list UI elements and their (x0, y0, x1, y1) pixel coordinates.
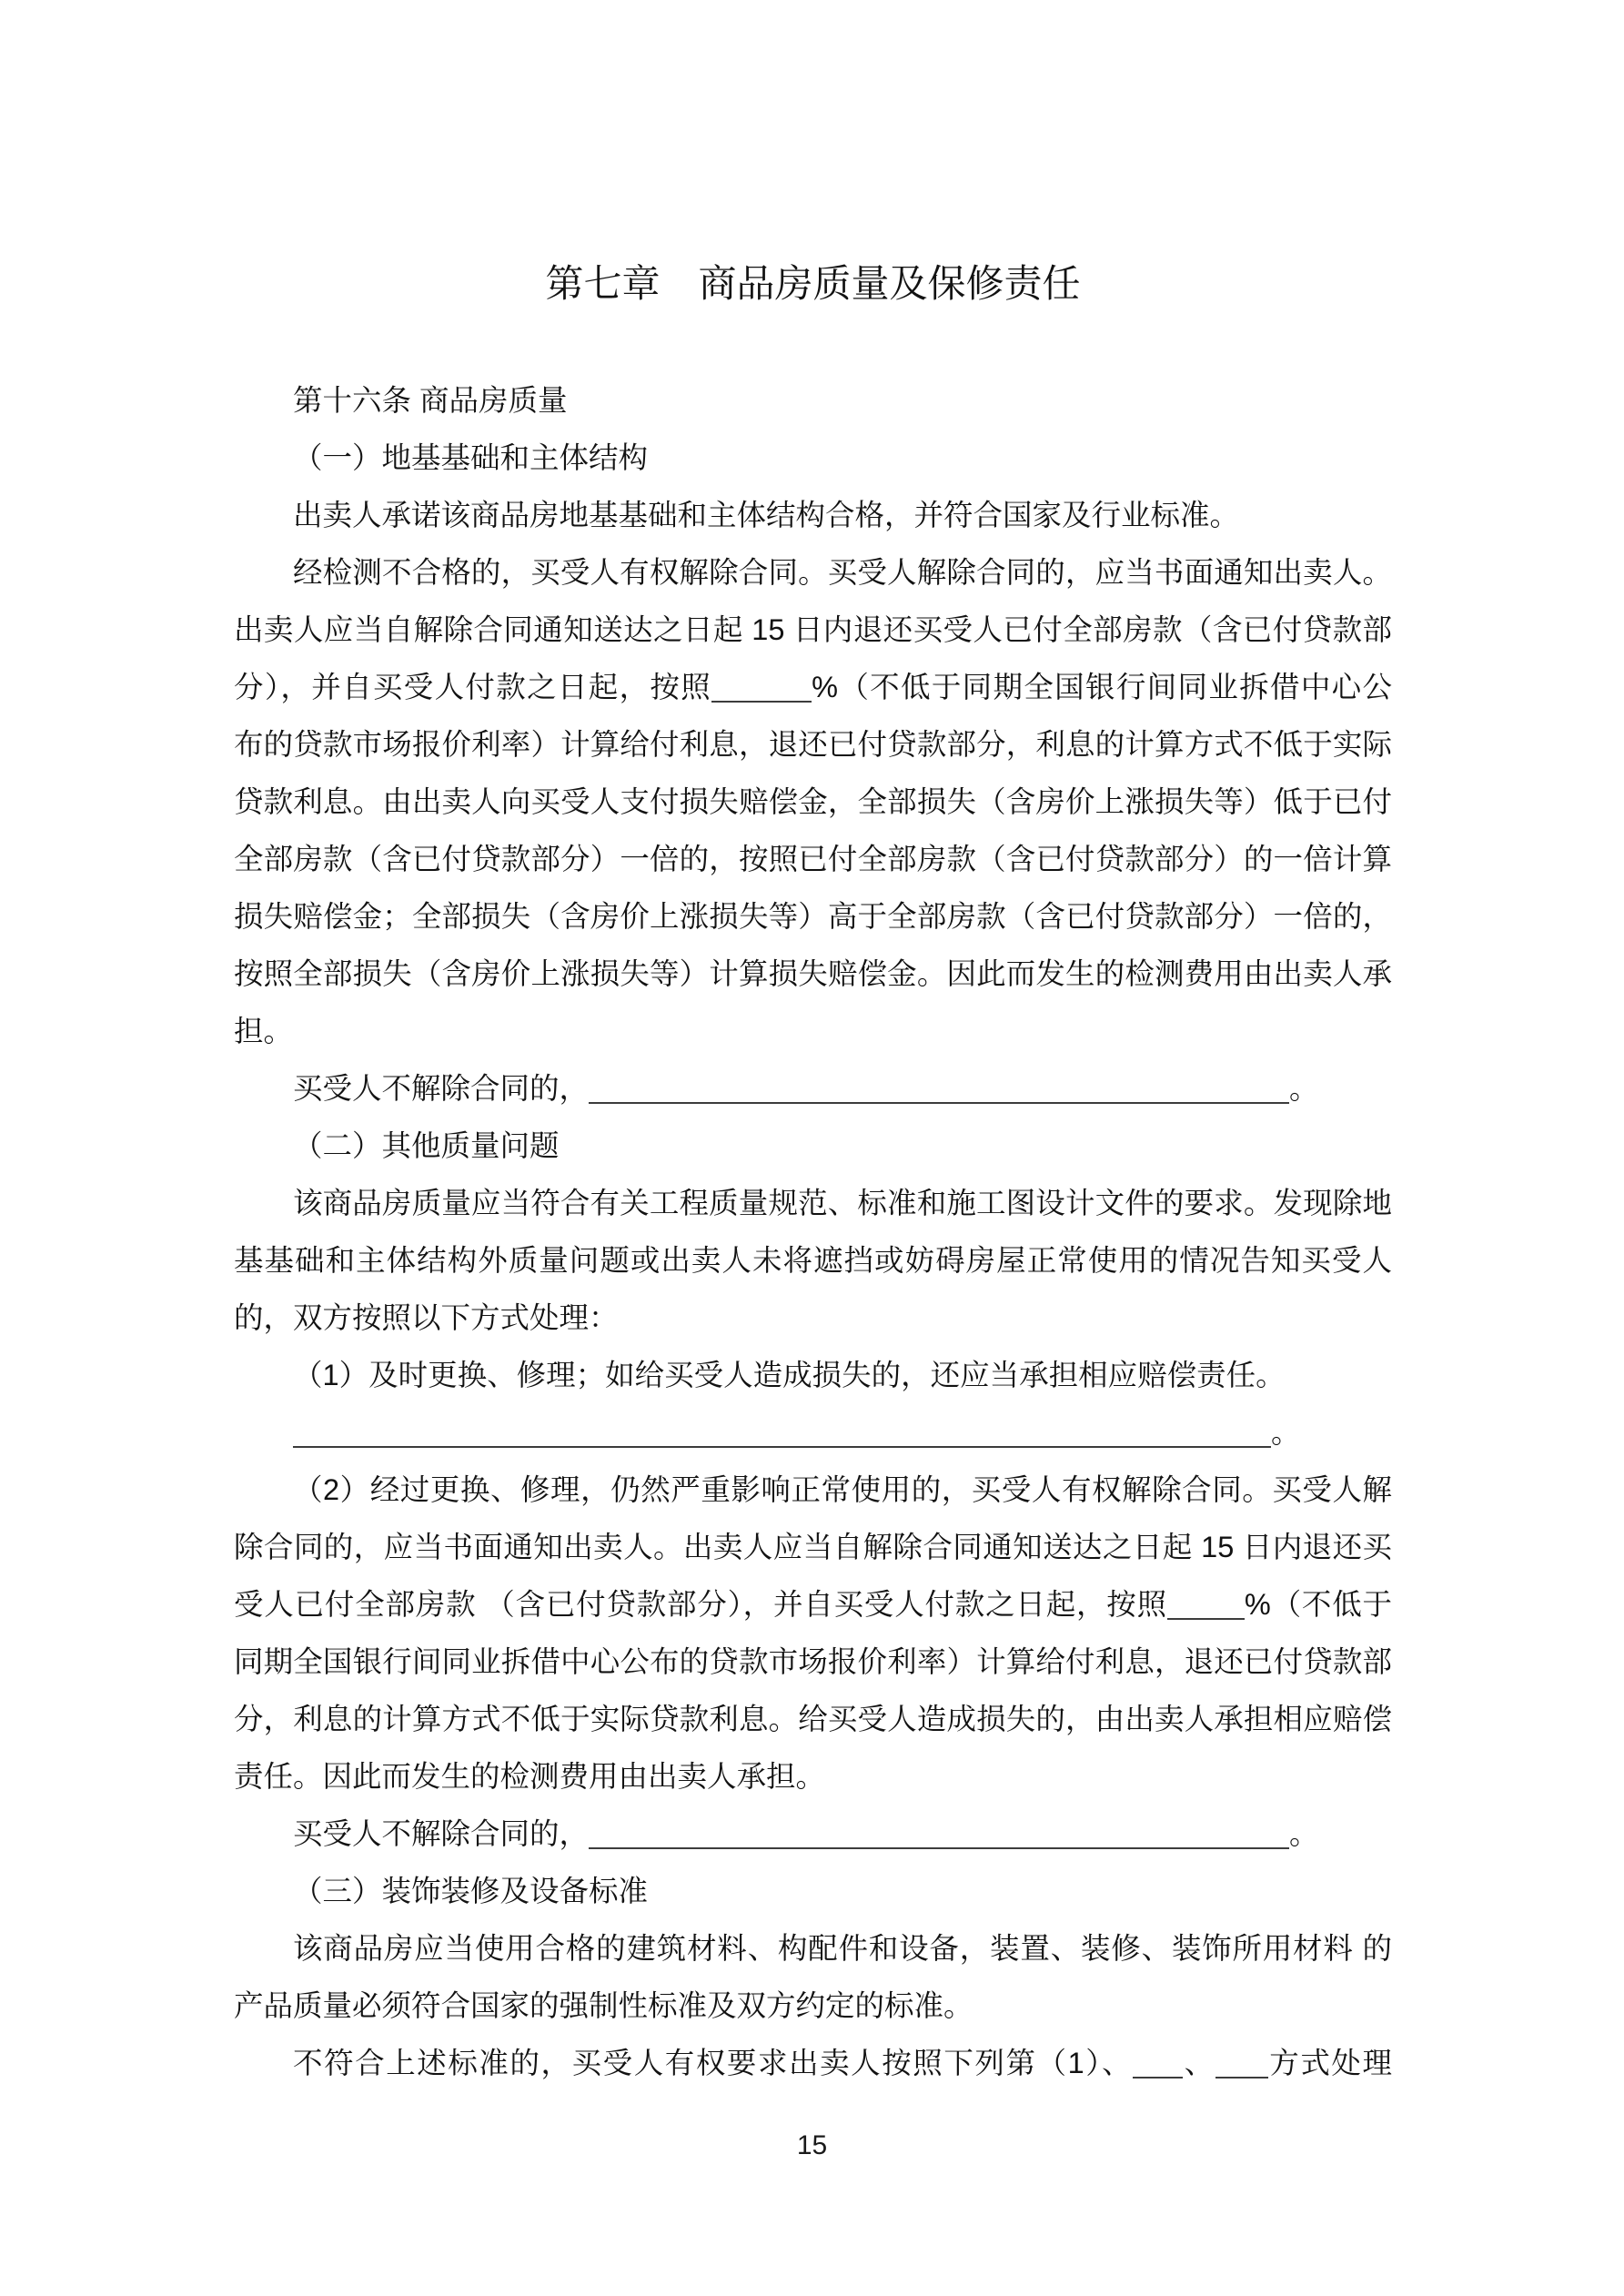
line-text: 同期全国银行间同业拆借中心公布的贷款市场报价利率）计算给付利息，退还已付贷款部 (234, 1645, 1392, 1678)
subitem-2-line: （2）经过更换、修理，仍然严重影响正常使用的，买受人有权解除合同。买受人解 (234, 1462, 1392, 1519)
line-text: 全部房款（含已付贷款部分）一倍的，按照已付全部房款（含已付贷款部分）的一倍计算 (234, 843, 1392, 875)
line-text: 损失赔偿金；全部损失（含房价上涨损失等）高于全部房款（含已付贷款部分）一倍的， (234, 900, 1392, 933)
line-text: （一）地基基础和主体结构 (293, 441, 648, 474)
line-text: 、 (1183, 2047, 1215, 2079)
line-text: 分，利息的计算方式不低于实际贷款利息。给买受人造成损失的，由出卖人承担相应赔偿 (234, 1703, 1392, 1735)
page-number: 15 (0, 2128, 1624, 2164)
line-text: 不符合上述标准的，买受人有权要求出卖人按照下列第（1）、 (293, 2047, 1133, 2079)
line-text: 基基础和主体结构外质量问题或出卖人未将遮挡或妨碍房屋正常使用的情况告知买受人 (234, 1244, 1392, 1277)
fill-blank-underline (589, 1844, 1289, 1849)
line-text: 出卖人应当自解除合同通知送达之日起 15 日内退还买受人已付全部房款（含已付贷款… (234, 613, 1392, 646)
line-text: 出卖人承诺该商品房地基基础和主体结构合格，并符合国家及行业标准。 (293, 499, 1239, 531)
line-text: 该商品房应当使用合格的建筑材料、构配件和设备，装置、装修、装饰所用材料 的 (293, 1932, 1392, 1965)
paragraph-line: 基基础和主体结构外质量问题或出卖人未将遮挡或妨碍房屋正常使用的情况告知买受人 (234, 1232, 1392, 1290)
paragraph-line: 除合同的，应当书面通知出卖人。出卖人应当自解除合同通知送达之日起 15 日内退还… (234, 1519, 1392, 1576)
line-text: 产品质量必须符合国家的强制性标准及双方约定的标准。 (234, 1989, 973, 2022)
line-text: 按照全部损失（含房价上涨损失等）计算损失赔偿金。因此而发生的检测费用由出卖人承 (234, 957, 1392, 990)
paragraph-line: 按照全部损失（含房价上涨损失等）计算损失赔偿金。因此而发生的检测费用由出卖人承 (234, 946, 1392, 1003)
fill-blank-underline (1167, 1614, 1245, 1620)
line-text: 分），并自买受人付款之日起，按照 (234, 671, 711, 703)
document-lines: 第十六条 商品房质量（一）地基基础和主体结构出卖人承诺该商品房地基基础和主体结构… (234, 372, 1392, 2092)
line-text: %（不低于同期全国银行间同业拆借中心公 (812, 671, 1392, 703)
line-text: 第十六条 商品房质量 (293, 384, 568, 417)
paragraph-line: 出卖人承诺该商品房地基基础和主体结构合格，并符合国家及行业标准。 (234, 487, 1392, 544)
line-text: 的，双方按照以下方式处理： (234, 1301, 619, 1334)
line-text: 受人已付全部房款 （含已付贷款部分），并自买受人付款之日起，按照 (234, 1588, 1167, 1621)
document-content: 第七章 商品房质量及保修责任 第十六条 商品房质量（一）地基基础和主体结构出卖人… (234, 0, 1392, 2092)
line-text: 除合同的，应当书面通知出卖人。出卖人应当自解除合同通知送达之日起 15 日内退还… (234, 1531, 1392, 1563)
fill-blank-underline (589, 1098, 1289, 1104)
document-page: 第七章 商品房质量及保修责任 第十六条 商品房质量（一）地基基础和主体结构出卖人… (0, 0, 1624, 2296)
paragraph-line: 贷款利息。由出卖人向买受人支付损失赔偿金，全部损失（含房价上涨损失等）低于已付 (234, 774, 1392, 831)
fill-in-sentence: 买受人不解除合同的，。 (234, 1805, 1392, 1863)
title-gap (234, 312, 1392, 372)
paragraph-line: 经检测不合格的，买受人有权解除合同。买受人解除合同的，应当书面通知出卖人。 (234, 544, 1392, 602)
line-text: 买受人不解除合同的， (293, 1817, 589, 1850)
fill-in-blank-line: 。 (234, 1404, 1392, 1462)
paragraph-line: 担。 (234, 1003, 1392, 1060)
clause-16-heading: 第十六条 商品房质量 (234, 372, 1392, 430)
line-text: 该商品房质量应当符合有关工程质量规范、标准和施工图设计文件的要求。发现除地 (293, 1187, 1392, 1219)
fill-blank-underline (1133, 2073, 1183, 2079)
chapter-title: 第七章 商品房质量及保修责任 (234, 255, 1392, 312)
line-text: 。 (1289, 1817, 1319, 1850)
line-text: 。 (1289, 1072, 1319, 1105)
item-1-heading: （一）地基基础和主体结构 (234, 430, 1392, 487)
fill-in-sentence: 买受人不解除合同的，。 (234, 1060, 1392, 1118)
line-text: 买受人不解除合同的， (293, 1072, 589, 1105)
line-text: （1）及时更换、修理；如给买受人造成损失的，还应当承担相应赔偿责任。 (293, 1359, 1286, 1391)
item-3-heading: （三）装饰装修及设备标准 (234, 1863, 1392, 1920)
line-text: %（不低于 (1245, 1588, 1392, 1621)
paragraph-line-with-blank: 不符合上述标准的，买受人有权要求出卖人按照下列第（1）、、方式处理 (234, 2035, 1392, 2092)
paragraph-line: 责任。因此而发生的检测费用由出卖人承担。 (234, 1748, 1392, 1805)
line-text: 担。 (234, 1015, 293, 1047)
line-text: 责任。因此而发生的检测费用由出卖人承担。 (234, 1760, 825, 1793)
line-text: （2）经过更换、修理，仍然严重影响正常使用的，买受人有权解除合同。买受人解 (293, 1473, 1392, 1506)
paragraph-line: 同期全国银行间同业拆借中心公布的贷款市场报价利率）计算给付利息，退还已付贷款部 (234, 1633, 1392, 1691)
paragraph-line: 分，利息的计算方式不低于实际贷款利息。给买受人造成损失的，由出卖人承担相应赔偿 (234, 1691, 1392, 1748)
paragraph-line: 该商品房质量应当符合有关工程质量规范、标准和施工图设计文件的要求。发现除地 (234, 1175, 1392, 1232)
paragraph-line: 产品质量必须符合国家的强制性标准及双方约定的标准。 (234, 1977, 1392, 2035)
paragraph-line: 全部房款（含已付贷款部分）一倍的，按照已付全部房款（含已付贷款部分）的一倍计算 (234, 831, 1392, 888)
item-2-heading: （二）其他质量问题 (234, 1118, 1392, 1175)
line-text: 。 (1271, 1416, 1301, 1449)
fill-blank-underline (1215, 2073, 1268, 2079)
paragraph-line-with-blank: 受人已付全部房款 （含已付贷款部分），并自买受人付款之日起，按照%（不低于 (234, 1576, 1392, 1633)
fill-blank-underline (293, 1442, 1271, 1448)
line-text: 方式处理 (1268, 2047, 1392, 2079)
paragraph-line-with-blank: 分），并自买受人付款之日起，按照%（不低于同期全国银行间同业拆借中心公 (234, 659, 1392, 716)
paragraph-line: 该商品房应当使用合格的建筑材料、构配件和设备，装置、装修、装饰所用材料 的 (234, 1920, 1392, 1977)
subitem-1-line: （1）及时更换、修理；如给买受人造成损失的，还应当承担相应赔偿责任。 (234, 1347, 1392, 1404)
fill-blank-underline (711, 697, 812, 703)
paragraph-line: 损失赔偿金；全部损失（含房价上涨损失等）高于全部房款（含已付贷款部分）一倍的， (234, 888, 1392, 946)
line-text: 布的贷款市场报价利率）计算给付利息，退还已付贷款部分，利息的计算方式不低于实际 (234, 728, 1392, 761)
line-text: 经检测不合格的，买受人有权解除合同。买受人解除合同的，应当书面通知出卖人。 (293, 556, 1392, 589)
paragraph-line: 出卖人应当自解除合同通知送达之日起 15 日内退还买受人已付全部房款（含已付贷款… (234, 602, 1392, 659)
line-text: （二）其他质量问题 (293, 1129, 560, 1162)
paragraph-line: 布的贷款市场报价利率）计算给付利息，退还已付贷款部分，利息的计算方式不低于实际 (234, 716, 1392, 774)
line-text: 贷款利息。由出卖人向买受人支付损失赔偿金，全部损失（含房价上涨损失等）低于已付 (234, 785, 1392, 818)
line-text: （三）装饰装修及设备标准 (293, 1875, 648, 1907)
paragraph-line: 的，双方按照以下方式处理： (234, 1290, 1392, 1347)
